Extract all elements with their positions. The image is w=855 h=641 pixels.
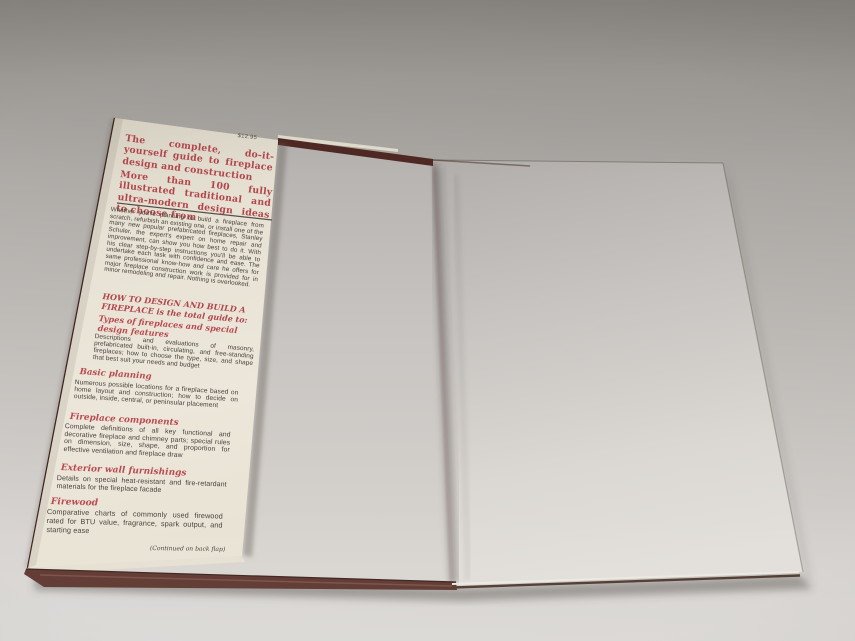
flap-section-body-firewood: Comparative charts of commonly used fire… bbox=[46, 508, 223, 539]
flap-intro-paragraph: Whether you're planning to build a firep… bbox=[104, 207, 264, 290]
book-photo-stage: $12.95 The complete, do-it-yourself guid… bbox=[0, 0, 855, 641]
flap-text-layer: $12.95 The complete, do-it-yourself guid… bbox=[0, 0, 855, 641]
flap-section-body-wall-furnishings: Details on special heat-resistant and fi… bbox=[56, 475, 226, 497]
flap-section-body-components: Complete definitions of all key function… bbox=[63, 423, 230, 462]
flap-price: $12.95 bbox=[237, 133, 257, 141]
flap-continued-note: (Continued on back flap) bbox=[150, 545, 225, 553]
flap-section-body-basic-planning: Numerous possible locations for a firepl… bbox=[74, 379, 239, 411]
